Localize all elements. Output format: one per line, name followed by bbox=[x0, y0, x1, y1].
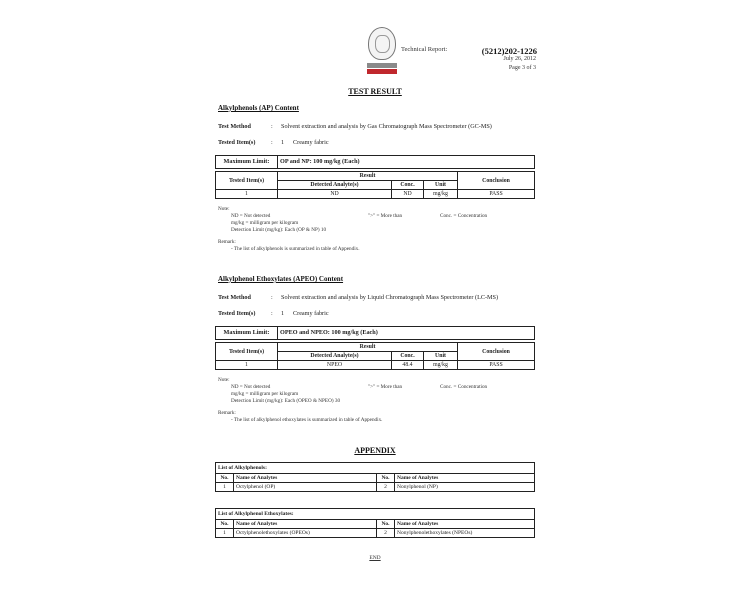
max-limit-label: Maximum Limit: bbox=[216, 156, 278, 169]
col-name: Name of Analytes bbox=[395, 520, 535, 529]
report-number: (5212)202-1226 bbox=[482, 46, 537, 56]
remark-text: - The list of alkylphenol ethoxylates is… bbox=[218, 417, 538, 424]
appendix-caption: List of Alkylphenols: bbox=[216, 463, 535, 474]
note-mgkg: mg/kg = milligram per kilogram bbox=[218, 220, 538, 227]
tested-items-row: Tested Item(s):1Creamy fabric bbox=[218, 310, 329, 317]
note-detection-limit: Detection Limit (mg/kg): Each (OPEO & NP… bbox=[218, 398, 538, 405]
bureau-veritas-logo bbox=[367, 27, 397, 75]
logo-bar-bureau bbox=[367, 63, 397, 68]
tested-items-label: Tested Item(s) bbox=[218, 310, 271, 317]
cell-no: 2 bbox=[377, 483, 395, 492]
table-row: 1 NPEO 48.4 mg/kg PASS bbox=[216, 361, 535, 370]
col-conc: Conc. bbox=[392, 181, 424, 190]
cell-analyte: ND bbox=[278, 190, 392, 199]
cell-name: Octylphenol (OP) bbox=[234, 483, 377, 492]
col-name: Name of Analytes bbox=[234, 474, 377, 483]
col-no: No. bbox=[377, 520, 395, 529]
col-unit: Unit bbox=[424, 352, 458, 361]
note-line-1: ND = Not detected ">" = More than Conc. … bbox=[218, 384, 538, 391]
cell-item: 1 bbox=[216, 190, 278, 199]
tested-item-number: 1 bbox=[281, 310, 293, 317]
note-nd: ND = Not detected bbox=[231, 213, 270, 219]
max-limit-table: Maximum Limit: OP and NP: 100 mg/kg (Eac… bbox=[215, 155, 535, 169]
cell-name: Octylphenolethoxylates (OPEOs) bbox=[234, 529, 377, 538]
technical-report-label: Technical Report: bbox=[401, 46, 447, 53]
report-date: July 26, 2012 bbox=[503, 56, 536, 62]
col-no: No. bbox=[216, 520, 234, 529]
max-limit-value: OPEO and NPEO: 100 mg/kg (Each) bbox=[278, 327, 535, 340]
col-no: No. bbox=[216, 474, 234, 483]
appendix-title: APPENDIX bbox=[215, 446, 535, 455]
note-label: Note: bbox=[218, 206, 538, 213]
remark-label: Remark: bbox=[218, 410, 538, 417]
col-name: Name of Analytes bbox=[395, 474, 535, 483]
result-table-ap: Tested Item(s) Result Conclusion Detecte… bbox=[215, 171, 535, 199]
note-mgkg: mg/kg = milligram per kilogram bbox=[218, 391, 538, 398]
table-row: 1 Octylphenolethoxylates (OPEOs) 2 Nonyl… bbox=[216, 529, 535, 538]
col-unit: Unit bbox=[424, 181, 458, 190]
max-limit-label: Maximum Limit: bbox=[216, 327, 278, 340]
tested-item-value: Creamy fabric bbox=[293, 139, 329, 146]
section-heading-apeo: Alkylphenol Ethoxylates (APEO) Content bbox=[218, 275, 343, 283]
page-number: Page 3 of 3 bbox=[509, 65, 536, 71]
test-method-value: Solvent extraction and analysis by Gas C… bbox=[281, 123, 492, 130]
col-detected-analytes: Detected Analyte(s) bbox=[278, 352, 392, 361]
cell-conc: ND bbox=[392, 190, 424, 199]
result-table-apeo: Tested Item(s) Result Conclusion Detecte… bbox=[215, 342, 535, 370]
remark-label: Remark: bbox=[218, 239, 538, 246]
table-row: 1 ND ND mg/kg PASS bbox=[216, 190, 535, 199]
cell-no: 1 bbox=[216, 529, 234, 538]
cell-item: 1 bbox=[216, 361, 278, 370]
cell-no: 1 bbox=[216, 483, 234, 492]
test-method-label: Test Method bbox=[218, 294, 271, 301]
note-conc: Conc. = Concentration bbox=[440, 213, 487, 220]
tested-items-row: Tested Item(s):1Creamy fabric bbox=[218, 139, 329, 146]
table-row: 1 Octylphenol (OP) 2 Nonylphenol (NP) bbox=[216, 483, 535, 492]
cell-conclusion: PASS bbox=[458, 190, 535, 199]
cell-name: Nonylphenol (NP) bbox=[395, 483, 535, 492]
cell-analyte: NPEO bbox=[278, 361, 392, 370]
report-page: Technical Report: (5212)202-1226 July 26… bbox=[0, 0, 750, 600]
col-conclusion: Conclusion bbox=[458, 172, 535, 190]
note-detection-limit: Detection Limit (mg/kg): Each (OP & NP) … bbox=[218, 227, 538, 234]
note-more-than: ">" = More than bbox=[368, 213, 402, 220]
cell-name: Nonylphenolethoxylates (NPEOs) bbox=[395, 529, 535, 538]
col-conclusion: Conclusion bbox=[458, 343, 535, 361]
end-marker: END bbox=[215, 555, 535, 561]
remark-text: - The list of alkylphenols is summarized… bbox=[218, 246, 538, 253]
col-result: Result bbox=[278, 343, 458, 352]
page-title: TEST RESULT bbox=[215, 87, 535, 96]
section-heading-ap: Alkylphenols (AP) Content bbox=[218, 104, 299, 112]
note-conc: Conc. = Concentration bbox=[440, 384, 487, 391]
test-method-value: Solvent extraction and analysis by Liqui… bbox=[281, 294, 498, 301]
logo-bar-veritas bbox=[367, 69, 397, 74]
col-detected-analytes: Detected Analyte(s) bbox=[278, 181, 392, 190]
note-line-1: ND = Not detected ">" = More than Conc. … bbox=[218, 213, 538, 220]
appendix-table-ethoxylates: List of Alkylphenol Ethoxylates: No. Nam… bbox=[215, 508, 535, 538]
cell-unit: mg/kg bbox=[424, 361, 458, 370]
col-conc: Conc. bbox=[392, 352, 424, 361]
test-method-label: Test Method bbox=[218, 123, 271, 130]
seal-icon bbox=[368, 27, 396, 60]
col-result: Result bbox=[278, 172, 458, 181]
note-more-than: ">" = More than bbox=[368, 384, 402, 391]
cell-conclusion: PASS bbox=[458, 361, 535, 370]
tested-item-value: Creamy fabric bbox=[293, 310, 329, 317]
col-tested-items: Tested Item(s) bbox=[216, 172, 278, 190]
appendix-caption: List of Alkylphenol Ethoxylates: bbox=[216, 509, 535, 520]
max-limit-value: OP and NP: 100 mg/kg (Each) bbox=[278, 156, 535, 169]
note-label: Note: bbox=[218, 377, 538, 384]
col-tested-items: Tested Item(s) bbox=[216, 343, 278, 361]
note-block-apeo: Note: ND = Not detected ">" = More than … bbox=[218, 377, 538, 424]
tested-item-number: 1 bbox=[281, 139, 293, 146]
cell-unit: mg/kg bbox=[424, 190, 458, 199]
note-nd: ND = Not detected bbox=[231, 384, 270, 390]
test-method-row: Test Method:Solvent extraction and analy… bbox=[218, 123, 492, 130]
col-no: No. bbox=[377, 474, 395, 483]
tested-items-label: Tested Item(s) bbox=[218, 139, 271, 146]
note-block-ap: Note: ND = Not detected ">" = More than … bbox=[218, 206, 538, 253]
cell-no: 2 bbox=[377, 529, 395, 538]
appendix-table-alkylphenols: List of Alkylphenols: No. Name of Analyt… bbox=[215, 462, 535, 492]
cell-conc: 48.4 bbox=[392, 361, 424, 370]
test-method-row: Test Method:Solvent extraction and analy… bbox=[218, 294, 498, 301]
max-limit-table: Maximum Limit: OPEO and NPEO: 100 mg/kg … bbox=[215, 326, 535, 340]
col-name: Name of Analytes bbox=[234, 520, 377, 529]
